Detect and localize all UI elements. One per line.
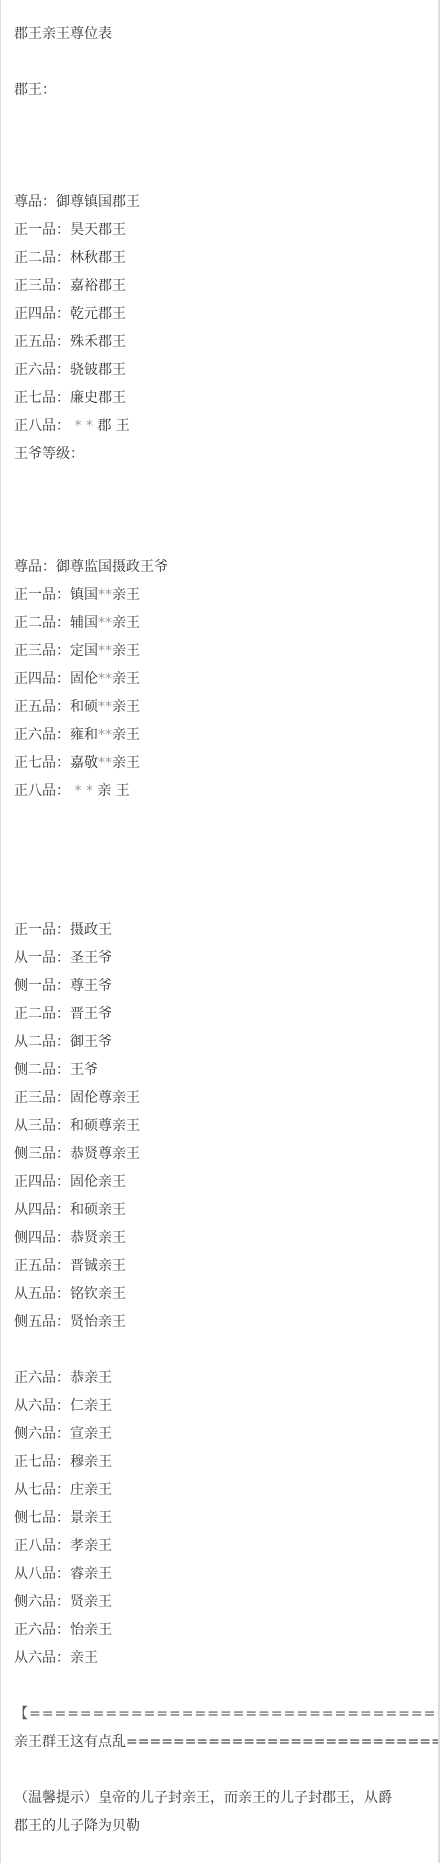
rank-label: 正六品： <box>14 1622 70 1638</box>
junwang-row: 正四品：乾元郡王 <box>14 300 126 328</box>
rank-label: 正三品： <box>14 643 70 659</box>
title-name: 摄政王 <box>70 922 112 938</box>
title-suffix: 亲王 <box>112 699 140 715</box>
title-name: 贤亲王 <box>70 1594 112 1610</box>
title-suffix: 亲王 <box>112 587 140 603</box>
rank-label: 正五品： <box>14 699 70 715</box>
title-name: 林秋郡王 <box>70 250 126 266</box>
divider-caption: 亲王群王这有点乱================================… <box>14 1728 440 1756</box>
wangye-row: 尊品：御尊监国摄政王爷 <box>14 553 168 581</box>
title-name: 尊王爷 <box>70 978 112 994</box>
junwang-heading: 郡王： <box>14 76 56 104</box>
title-name: 贤怡亲王 <box>70 1314 126 1330</box>
rank-label: 正三品： <box>14 278 70 294</box>
rank-label: 正一品： <box>14 222 70 238</box>
qinwang-row: 从三品：和硕尊亲王 <box>14 1112 140 1140</box>
title-prefix: 嘉敬 <box>70 755 98 771</box>
rank-label: 从五品： <box>14 1286 70 1302</box>
rank-label: 从六品： <box>14 1398 70 1414</box>
title-name: 王爷 <box>70 1062 98 1078</box>
qinwang-row: 侧二品：王爷 <box>14 1056 98 1084</box>
title-name: 郡 王 <box>97 418 129 434</box>
rank-label: 正一品： <box>14 587 70 603</box>
title-suffix: 亲 王 <box>97 783 129 799</box>
title-prefix: 辅国 <box>70 615 98 631</box>
rank-label: 正六品： <box>14 362 70 378</box>
masked-stars: * * <box>70 783 97 799</box>
rank-label: 正七品： <box>14 390 70 406</box>
rank-label: 从四品： <box>14 1202 70 1218</box>
masked-stars: ** <box>98 727 112 743</box>
title-suffix: 亲王 <box>112 643 140 659</box>
title-name: 骁铍郡王 <box>70 362 126 378</box>
qinwang-row: 正二品：晋王爷 <box>14 1000 112 1028</box>
rank-label: 侧四品： <box>14 1230 70 1246</box>
masked-stars: ** <box>98 643 112 659</box>
rank-label: 正四品： <box>14 671 70 687</box>
masked-stars: * * <box>70 418 97 434</box>
wangye-row: 正四品：固伦**亲王 <box>14 665 140 693</box>
title-name: 亲王 <box>70 1650 98 1666</box>
qinwang-row: 从二品：御王爷 <box>14 1028 112 1056</box>
qinwang-row: 正四品：固伦亲王 <box>14 1168 126 1196</box>
title-name: 晋铖亲王 <box>70 1258 126 1274</box>
title-name: 仁亲王 <box>70 1398 112 1414</box>
title-prefix: 固伦 <box>70 671 98 687</box>
title-name: 恭亲王 <box>70 1370 112 1386</box>
rank-label: 从七品： <box>14 1482 70 1498</box>
rank-label: 正八品： <box>14 1538 70 1554</box>
title-name: 固伦尊亲王 <box>70 1090 140 1106</box>
wangye-row: 正七品：嘉敬**亲王 <box>14 749 140 777</box>
rank-label: 正八品： <box>14 783 70 799</box>
wangye-row: 正八品： * * 亲 王 <box>14 777 130 805</box>
title-name: 铭钦亲王 <box>70 1286 126 1302</box>
qinwang-row: 正五品：晋铖亲王 <box>14 1252 126 1280</box>
rank-label: 侧三品： <box>14 1146 70 1162</box>
title-name: 景亲王 <box>70 1510 112 1526</box>
masked-stars: ** <box>98 755 112 771</box>
rank-label: 从一品： <box>14 950 70 966</box>
qinwang-row: 侧一品：尊王爷 <box>14 972 112 1000</box>
qinwang-row: 从八品：睿亲王 <box>14 1560 112 1588</box>
title-name: 宣亲王 <box>70 1426 112 1442</box>
qinwang-row: 侧五品：贤怡亲王 <box>14 1308 126 1336</box>
masked-stars: ** <box>98 587 112 603</box>
junwang-row: 正八品： * * 郡 王 <box>14 412 130 440</box>
page-title: 郡王亲王尊位表 <box>14 20 112 48</box>
rank-label: 正二品： <box>14 250 70 266</box>
document-page: 郡王亲王尊位表 郡王： 尊品：御尊镇国郡王 正一品：昊天郡王 正二品：林秋郡王 … <box>0 0 440 1863</box>
title-name: 孝亲王 <box>70 1538 112 1554</box>
rank-label: 正七品： <box>14 755 70 771</box>
rank-label: 正六品： <box>14 1370 70 1386</box>
title-prefix: 和硕 <box>70 699 98 715</box>
junwang-row: 正七品：廉史郡王 <box>14 384 126 412</box>
rank-label: 侧一品： <box>14 978 70 994</box>
qinwang-row: 侧六品：宣亲王 <box>14 1420 112 1448</box>
junwang-row: 正二品：林秋郡王 <box>14 244 126 272</box>
rank-label: 正四品： <box>14 306 70 322</box>
title-suffix: 亲王 <box>112 671 140 687</box>
title-name: 御尊监国摄政王爷 <box>56 559 168 575</box>
junwang-row: 正一品：昊天郡王 <box>14 216 126 244</box>
rank-label: 侧二品： <box>14 1062 70 1078</box>
title-name: 殊禾郡王 <box>70 334 126 350</box>
rank-label: 尊品： <box>14 194 56 210</box>
masked-stars: ** <box>98 671 112 687</box>
title-suffix: 亲王 <box>112 755 140 771</box>
title-name: 晋王爷 <box>70 1006 112 1022</box>
rank-label: 侧六品： <box>14 1426 70 1442</box>
junwang-row: 尊品：御尊镇国郡王 <box>14 188 140 216</box>
qinwang-row: 从六品：仁亲王 <box>14 1392 112 1420</box>
title-name: 和硕亲王 <box>70 1202 126 1218</box>
rank-label: 尊品： <box>14 559 56 575</box>
title-suffix: 亲王 <box>112 615 140 631</box>
title-suffix: 亲王 <box>112 727 140 743</box>
title-name: 和硕尊亲王 <box>70 1118 140 1134</box>
title-name: 恭贤亲王 <box>70 1230 126 1246</box>
rank-label: 正一品： <box>14 922 70 938</box>
rank-label: 从八品： <box>14 1566 70 1582</box>
rank-label: 正五品： <box>14 1258 70 1274</box>
qinwang-row: 从一品：圣王爷 <box>14 944 112 972</box>
title-name: 乾元郡王 <box>70 306 126 322</box>
rank-label: 正三品： <box>14 1090 70 1106</box>
junwang-row: 正五品：殊禾郡王 <box>14 328 126 356</box>
rank-label: 正二品： <box>14 615 70 631</box>
rank-label: 侧七品： <box>14 1510 70 1526</box>
qinwang-row: 侧三品：恭贤尊亲王 <box>14 1140 140 1168</box>
rank-label: 正八品： <box>14 418 70 434</box>
qinwang-row: 侧六品：贤亲王 <box>14 1588 112 1616</box>
qinwang-row: 从四品：和硕亲王 <box>14 1196 126 1224</box>
qinwang-row: 从五品：铭钦亲王 <box>14 1280 126 1308</box>
qinwang-row: 正三品：固伦尊亲王 <box>14 1084 140 1112</box>
tip-text-line2: 郡王的儿子降为贝勒 <box>14 1812 140 1840</box>
masked-stars: ** <box>98 699 112 715</box>
qinwang-row: 从六品：亲王 <box>14 1644 98 1672</box>
rank-label: 正四品： <box>14 1174 70 1190</box>
junwang-row: 正六品：骁铍郡王 <box>14 356 126 384</box>
title-prefix: 镇国 <box>70 587 98 603</box>
title-name: 廉史郡王 <box>70 390 126 406</box>
qinwang-row: 侧七品：景亲王 <box>14 1504 112 1532</box>
wangye-row: 正二品：辅国**亲王 <box>14 609 140 637</box>
junwang-row: 正三品：嘉裕郡王 <box>14 272 126 300</box>
title-prefix: 定国 <box>70 643 98 659</box>
title-name: 固伦亲王 <box>70 1174 126 1190</box>
rank-label: 侧五品： <box>14 1314 70 1330</box>
divider-line: 【=======================================… <box>14 1700 440 1728</box>
title-name: 御尊镇国郡王 <box>56 194 140 210</box>
title-prefix: 雍和 <box>70 727 98 743</box>
rank-label: 正六品： <box>14 727 70 743</box>
wangye-row: 正五品：和硕**亲王 <box>14 693 140 721</box>
wangye-row: 正一品：镇国**亲王 <box>14 581 140 609</box>
qinwang-row: 侧四品：恭贤亲王 <box>14 1224 126 1252</box>
rank-label: 侧六品： <box>14 1594 70 1610</box>
qinwang-row: 正八品：孝亲王 <box>14 1532 112 1560</box>
qinwang-row: 正一品：摄政王 <box>14 916 112 944</box>
wangye-row: 正三品：定国**亲王 <box>14 637 140 665</box>
qinwang-row: 正七品：穆亲王 <box>14 1448 112 1476</box>
rank-label: 正二品： <box>14 1006 70 1022</box>
title-name: 御王爷 <box>70 1034 112 1050</box>
title-name: 庄亲王 <box>70 1482 112 1498</box>
title-name: 睿亲王 <box>70 1566 112 1582</box>
title-name: 穆亲王 <box>70 1454 112 1470</box>
wangye-row: 正六品：雍和**亲王 <box>14 721 140 749</box>
rank-label: 从六品： <box>14 1650 70 1666</box>
wangye-heading: 王爷等级： <box>14 440 84 468</box>
rank-label: 正七品： <box>14 1454 70 1470</box>
qinwang-row: 从七品：庄亲王 <box>14 1476 112 1504</box>
masked-stars: ** <box>98 615 112 631</box>
title-name: 嘉裕郡王 <box>70 278 126 294</box>
rank-label: 从二品： <box>14 1034 70 1050</box>
title-name: 昊天郡王 <box>70 222 126 238</box>
rank-label: 正五品： <box>14 334 70 350</box>
qinwang-row: 正六品：恭亲王 <box>14 1364 112 1392</box>
title-name: 圣王爷 <box>70 950 112 966</box>
rank-label: 从三品： <box>14 1118 70 1134</box>
title-name: 恭贤尊亲王 <box>70 1146 140 1162</box>
qinwang-row: 正六品：怡亲王 <box>14 1616 112 1644</box>
title-name: 怡亲王 <box>70 1622 112 1638</box>
tip-text-line1: （温馨提示）皇帝的儿子封亲王，而亲王的儿子封郡王，从爵 <box>14 1784 392 1812</box>
